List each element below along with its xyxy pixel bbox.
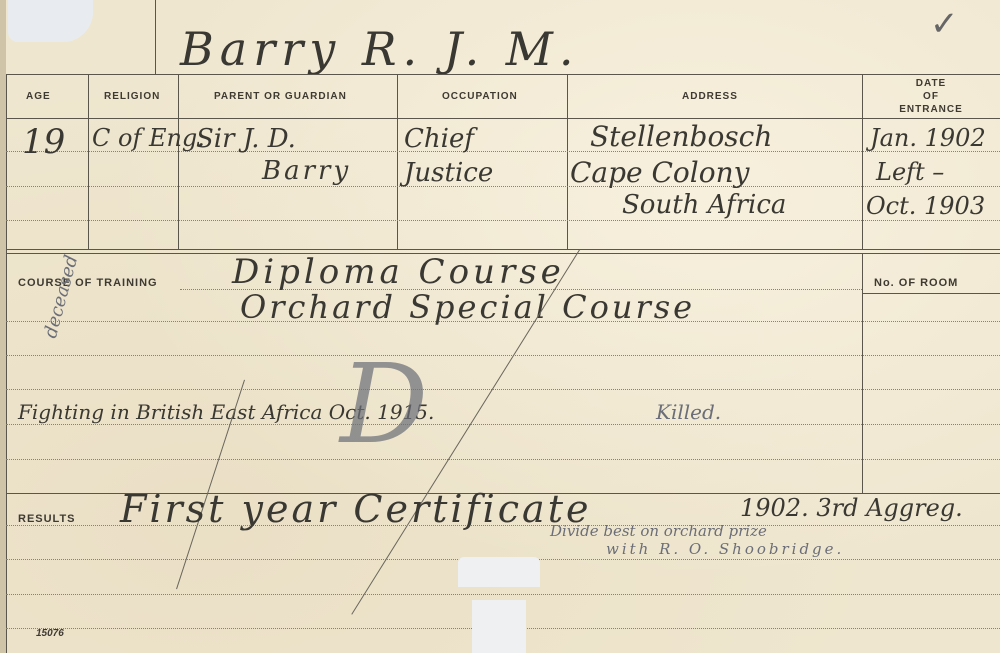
entry-occupation-2: Justice — [404, 158, 493, 188]
header-parent: PARENT OR GUARDIAN — [214, 91, 347, 102]
header-date-2: OF — [862, 91, 1000, 102]
check-mark: ✓ — [930, 4, 959, 44]
entry-parent-2: Barry — [262, 156, 351, 186]
margin-note-deceased: deceased — [40, 253, 82, 341]
entry-date-1: Jan. 1902 — [870, 124, 986, 152]
student-record-card: Barry R. J. M. ✓ AGE RELIGION PARENT OR … — [0, 0, 1000, 653]
label-results: RESULTS — [18, 513, 76, 525]
entry-address-1: Stellenbosch — [590, 120, 772, 153]
initials-scrawl: D — [340, 340, 428, 468]
header-religion: RELIGION — [104, 91, 160, 102]
entry-age: 19 — [22, 122, 65, 162]
header-age: AGE — [26, 91, 51, 102]
header-occupation: OCCUPATION — [442, 91, 518, 102]
entry-date-3: Oct. 1903 — [866, 192, 985, 220]
course-dotted-3 — [6, 355, 1000, 356]
results-year: 1902. 3rd Aggreg. — [740, 494, 963, 522]
card-serial-number: 15076 — [36, 628, 64, 639]
results-line-1: First year Certificate — [120, 487, 591, 531]
filing-notch-stem — [472, 600, 526, 653]
entry-address-2: Cape Colony — [570, 156, 749, 189]
header-bottom-line — [6, 118, 1000, 119]
header-date-1: DATE — [862, 78, 1000, 89]
label-room: No. OF ROOM — [874, 277, 958, 289]
course-dotted-4 — [6, 389, 1000, 390]
col-div-2 — [178, 74, 179, 250]
col-div-4 — [567, 74, 568, 250]
entry-address-3: South Africa — [622, 190, 786, 220]
header-date-3: ENTRANCE — [862, 104, 1000, 115]
entry-bottom-line — [6, 249, 1000, 250]
header-address: ADDRESS — [682, 91, 738, 102]
name-divider — [155, 0, 156, 74]
filing-notch — [458, 557, 540, 587]
col-div-1 — [88, 74, 89, 250]
entry-occupation-1: Chief — [404, 124, 474, 154]
course-line-2: Orchard Special Course — [240, 288, 695, 326]
left-border — [6, 74, 7, 653]
results-dotted-3 — [6, 594, 1000, 595]
course-line-1: Diploma Course — [232, 252, 565, 292]
entry-dotted-3 — [6, 220, 1000, 221]
entry-dotted-2 — [6, 186, 1000, 187]
course-killed-note: Killed. — [656, 400, 721, 424]
torn-corner — [8, 0, 93, 42]
results-line-3: with R. O. Shoobridge. — [606, 540, 844, 558]
label-course: COURSE OF TRAINING — [18, 277, 158, 289]
student-name: Barry R. J. M. — [180, 22, 580, 76]
room-divider — [862, 253, 863, 493]
entry-religion: C of Eng. — [92, 124, 205, 152]
room-header-line — [862, 293, 1000, 294]
course-dotted-6 — [6, 459, 1000, 460]
results-line-2: Divide best on orchard prize — [550, 522, 767, 540]
header-top-line — [6, 74, 1000, 75]
course-dotted-5 — [6, 424, 1000, 425]
entry-date-2: Left – — [876, 158, 944, 186]
col-div-3 — [397, 74, 398, 250]
entry-parent-1: Sir J. D. — [196, 124, 296, 154]
